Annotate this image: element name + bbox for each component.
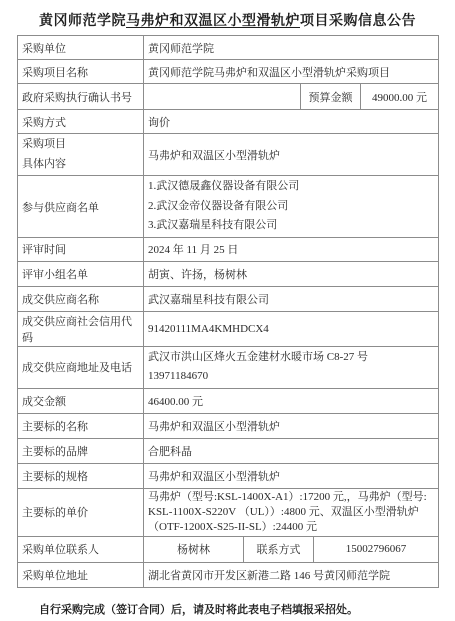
winning-supplier-value: 武汉嘉瑞星科技有限公司 <box>144 286 439 311</box>
review-time-value: 2024 年 11 月 25 日 <box>144 237 439 261</box>
row-contact: 采购单位联系人 杨树林 联系方式 15002796067 <box>18 536 439 562</box>
page-title-underlined: 马弗炉和双温区小型滑轨炉 <box>126 14 300 29</box>
project-name-label: 采购项目名称 <box>18 60 144 84</box>
unit-address-label: 采购单位地址 <box>18 562 144 587</box>
row-winning-supplier-credit-code: 成交供应商社会信用代码 91420111MA4KMHDCX4 <box>18 311 439 346</box>
footer-note: 自行采购完成（签订合同）后，请及时将此表电子档填报采招处。 <box>17 601 441 617</box>
purchase-unit-label: 采购单位 <box>18 36 144 60</box>
row-confirmation-no: 政府采购执行确认书号 预算金额 49000.00 元 <box>18 84 439 110</box>
subject-brand-label: 主要标的品牌 <box>18 439 144 464</box>
row-review-time: 评审时间 2024 年 11 月 25 日 <box>18 237 439 261</box>
row-project-content: 采购项目 具体内容 马弗炉和双温区小型滑轨炉 <box>18 134 439 176</box>
subject-spec-value: 马弗炉和双温区小型滑轨炉 <box>144 464 439 489</box>
contact-label: 采购单位联系人 <box>18 536 144 562</box>
budget-label: 预算金额 <box>301 84 361 110</box>
page-title-suffix: 项目采购信息公告 <box>300 14 416 29</box>
purchase-method-label: 采购方式 <box>18 110 144 134</box>
review-panel-label: 评审小组名单 <box>18 261 144 286</box>
row-participating-suppliers: 参与供应商名单 1.武汉德晟鑫仪器设备有限公司 2.武汉金帝仪器设备有限公司 3… <box>18 176 439 238</box>
winning-supplier-credit-code-value: 91420111MA4KMHDCX4 <box>144 311 439 346</box>
row-deal-amount: 成交金额 46400.00 元 <box>18 389 439 414</box>
subject-name-value: 马弗炉和双温区小型滑轨炉 <box>144 414 439 439</box>
project-name-value: 黄冈师范学院马弗炉和双温区小型滑轨炉采购项目 <box>144 60 439 84</box>
subject-brand-value: 合肥科晶 <box>144 439 439 464</box>
page-title: 黄冈师范学院马弗炉和双温区小型滑轨炉项目采购信息公告 <box>8 10 447 30</box>
contact-method-label: 联系方式 <box>244 536 314 562</box>
subject-name-label: 主要标的名称 <box>18 414 144 439</box>
row-unit-address: 采购单位地址 湖北省黄冈市开发区新港二路 146 号黄冈师范学院 <box>18 562 439 587</box>
contact-method-value: 15002796067 <box>314 536 439 562</box>
contact-value: 杨树林 <box>144 536 244 562</box>
row-subject-brand: 主要标的品牌 合肥科晶 <box>18 439 439 464</box>
confirmation-no-label: 政府采购执行确认书号 <box>18 84 144 110</box>
row-winning-supplier: 成交供应商名称 武汉嘉瑞星科技有限公司 <box>18 286 439 311</box>
project-content-label: 采购项目 具体内容 <box>18 134 144 176</box>
participating-suppliers-value: 1.武汉德晟鑫仪器设备有限公司 2.武汉金帝仪器设备有限公司 3.武汉嘉瑞星科技… <box>144 176 439 238</box>
subject-unit-price-label: 主要标的单价 <box>18 489 144 537</box>
purchase-method-value: 询价 <box>144 110 439 134</box>
participating-suppliers-label: 参与供应商名单 <box>18 176 144 238</box>
subject-spec-label: 主要标的规格 <box>18 464 144 489</box>
row-subject-name: 主要标的名称 马弗炉和双温区小型滑轨炉 <box>18 414 439 439</box>
unit-address-value: 湖北省黄冈市开发区新港二路 146 号黄冈师范学院 <box>144 562 439 587</box>
deal-amount-value: 46400.00 元 <box>144 389 439 414</box>
row-purchase-method: 采购方式 询价 <box>18 110 439 134</box>
row-review-panel: 评审小组名单 胡寅、许扬，杨树林 <box>18 261 439 286</box>
procurement-info-table: 采购单位 黄冈师范学院 采购项目名称 黄冈师范学院马弗炉和双温区小型滑轨炉采购项… <box>17 35 439 588</box>
subject-unit-price-value: 马弗炉（型号:KSL-1400X-A1）:17200 元,，马弗炉（型号: KS… <box>144 489 439 537</box>
deal-amount-label: 成交金额 <box>18 389 144 414</box>
confirmation-no-value <box>144 84 301 110</box>
project-content-value: 马弗炉和双温区小型滑轨炉 <box>144 134 439 176</box>
winning-supplier-address-phone-value: 武汉市洪山区烽火五金建材水暖市场 C8-27 号 13971184670 <box>144 346 439 388</box>
review-time-label: 评审时间 <box>18 237 144 261</box>
winning-supplier-credit-code-label: 成交供应商社会信用代码 <box>18 311 144 346</box>
row-project-name: 采购项目名称 黄冈师范学院马弗炉和双温区小型滑轨炉采购项目 <box>18 60 439 84</box>
winning-supplier-label: 成交供应商名称 <box>18 286 144 311</box>
row-purchase-unit: 采购单位 黄冈师范学院 <box>18 36 439 60</box>
review-panel-value: 胡寅、许扬，杨树林 <box>144 261 439 286</box>
row-winning-supplier-address-phone: 成交供应商地址及电话 武汉市洪山区烽火五金建材水暖市场 C8-27 号 1397… <box>18 346 439 388</box>
row-subject-spec: 主要标的规格 马弗炉和双温区小型滑轨炉 <box>18 464 439 489</box>
budget-value: 49000.00 元 <box>361 84 439 110</box>
winning-supplier-address-phone-label: 成交供应商地址及电话 <box>18 346 144 388</box>
row-subject-unit-price: 主要标的单价 马弗炉（型号:KSL-1400X-A1）:17200 元,，马弗炉… <box>18 489 439 537</box>
page-title-prefix: 黄冈师范学院 <box>39 14 126 29</box>
purchase-unit-value: 黄冈师范学院 <box>144 36 439 60</box>
